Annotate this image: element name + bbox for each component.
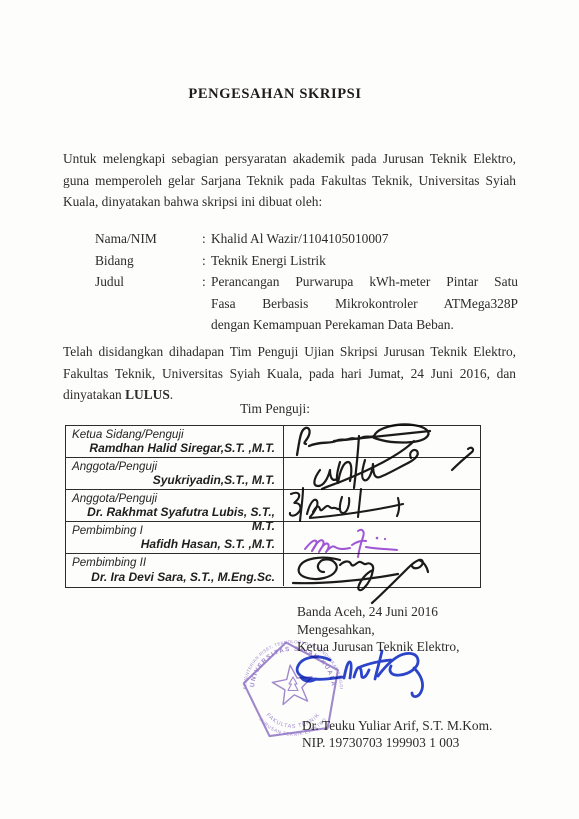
identity-row-bidang: Bidang : Teknik Energi Listrik xyxy=(95,250,518,272)
approval-line-1: Mengesahkan, xyxy=(297,621,537,639)
approval-line-2: Ketua Jurusan Teknik Elektro, xyxy=(297,638,537,656)
signature-cell xyxy=(284,554,480,586)
table-row: Anggota/Penguji Dr. Rakhmat Syafutra Lub… xyxy=(66,490,480,522)
identity-row-nama: Nama/NIM : Khalid Al Wazir/1104105010007 xyxy=(95,228,518,250)
row-role: Ketua Sidang/Penguji xyxy=(72,428,283,441)
judul-line-1: Perancangan Purwarupa kWh-meter Pintar S… xyxy=(211,271,518,293)
signature-cell xyxy=(284,490,480,521)
judul-value: Perancangan Purwarupa kWh-meter Pintar S… xyxy=(211,271,518,336)
table-row: Pembimbing II Dr. Ira Devi Sara, S.T., M… xyxy=(66,554,480,586)
row-name: Syukriyadin,S.T., M.T. xyxy=(72,473,283,487)
signature-space xyxy=(297,656,537,717)
row-name: Dr. Ira Devi Sara, S.T., M.Eng.Sc. xyxy=(72,570,283,584)
table-row: Ketua Sidang/Penguji Ramdhan Halid Sireg… xyxy=(66,426,480,458)
row-name: Ramdhan Halid Siregar,S.T. ,M.T. xyxy=(72,441,283,455)
committee-heading: Tim Penguji: xyxy=(55,401,495,417)
approver-nip: NIP. 19730703 199903 1 003 xyxy=(297,734,537,752)
statement-line-3-suffix: . xyxy=(170,387,173,402)
bidang-value: Teknik Energi Listrik xyxy=(211,250,518,272)
approval-block: Banda Aceh, 24 Juni 2016 Mengesahkan, Ke… xyxy=(297,603,537,752)
approver-name: Dr. Teuku Yuliar Arif, S.T. M.Kom. xyxy=(297,717,537,735)
identity-row-judul: Judul : Perancangan Purwarupa kWh-meter … xyxy=(95,271,518,336)
table-row: Pembimbing I Hafidh Hasan, S.T. ,M.T. xyxy=(66,522,480,554)
student-identity-block: Nama/NIM : Khalid Al Wazir/1104105010007… xyxy=(95,228,518,336)
row-role: Anggota/Penguji xyxy=(72,460,283,473)
table-row: Anggota/Penguji Syukriyadin,S.T., M.T. xyxy=(66,458,480,490)
signature-cell xyxy=(284,458,480,489)
judul-label: Judul xyxy=(95,271,202,293)
intro-line-2: guna memperoleh gelar Sarjana Teknik pad… xyxy=(63,170,516,192)
nama-label: Nama/NIM xyxy=(95,228,202,250)
intro-line-1: Untuk melengkapi sebagian persyaratan ak… xyxy=(63,148,516,170)
row-role: Anggota/Penguji xyxy=(72,492,283,505)
statement-paragraph: Telah disidangkan dihadapan Tim Penguji … xyxy=(63,341,516,406)
lulus-text: LULUS xyxy=(125,387,170,402)
row-name: Hafidh Hasan, S.T. ,M.T. xyxy=(72,537,283,551)
statement-line-1: Telah disidangkan dihadapan Tim Penguji … xyxy=(63,341,516,363)
place-date: Banda Aceh, 24 Juni 2016 xyxy=(297,603,537,621)
judul-line-3: dengan Kemampuan Perekaman Data Beban. xyxy=(211,314,518,336)
intro-paragraph: Untuk melengkapi sebagian persyaratan ak… xyxy=(63,148,516,213)
colon: : xyxy=(202,271,211,293)
row-role: Pembimbing I xyxy=(72,524,283,537)
signature-cell xyxy=(284,426,480,457)
statement-line-2: Fakultas Teknik, Universitas Syiah Kuala… xyxy=(63,363,516,385)
colon: : xyxy=(202,250,211,272)
bidang-label: Bidang xyxy=(95,250,202,272)
row-role: Pembimbing II xyxy=(72,556,283,569)
nama-value: Khalid Al Wazir/1104105010007 xyxy=(211,228,518,250)
signature-cell xyxy=(284,522,480,553)
colon: : xyxy=(202,228,211,250)
judul-line-2: Fasa Berbasis Mikrokontroler ATMega328P xyxy=(211,293,518,315)
intro-line-3: Kuala, dinyatakan bahwa skripsi ini dibu… xyxy=(63,191,516,213)
statement-line-3-prefix: dinyatakan xyxy=(63,387,125,402)
committee-table: Ketua Sidang/Penguji Ramdhan Halid Sireg… xyxy=(65,425,481,588)
page-title: PENGESAHAN SKRIPSI xyxy=(55,86,495,103)
scanned-approval-page: PENGESAHAN SKRIPSI Untuk melengkapi seba… xyxy=(0,0,579,819)
